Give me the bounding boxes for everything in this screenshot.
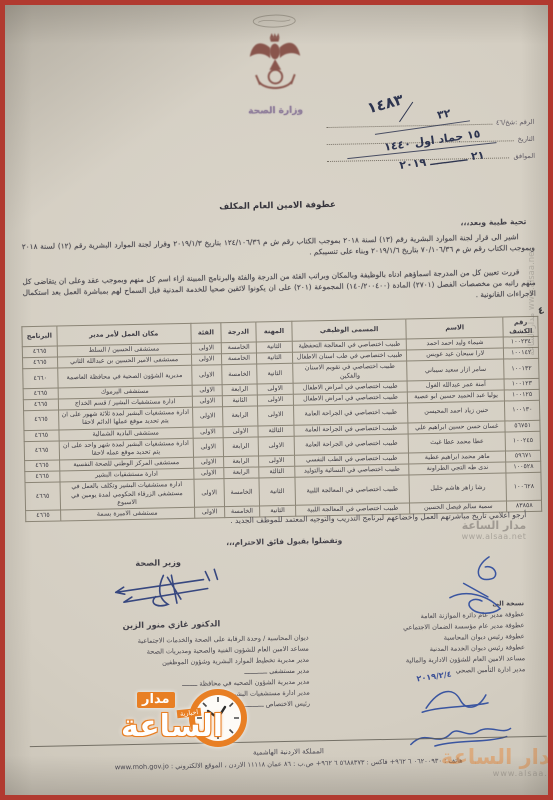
cell-grade: الخامسة — [222, 353, 257, 365]
cell-name: عطا محمد عطا غيث — [408, 432, 506, 453]
cell-workplace: ادارة مستشفيات البشير لمدة ثلاثة شهور عل… — [58, 407, 192, 429]
cell-list-number: ١٠٠١٣٠ — [505, 400, 540, 420]
letterhead: وزارة الصحة — [13, 8, 536, 121]
cell-program: ٤٦٦٥ — [23, 357, 58, 369]
cell-category: الاولى — [192, 407, 223, 427]
cell-grade: الاولى — [223, 425, 258, 437]
cell-workplace: ادارة مستشفيات البشير لمدة شهر واحد على … — [59, 438, 193, 460]
cell-workplace: ادارة مستشفيات البشير وتكلف بالعمل في مس… — [60, 480, 195, 510]
cell-profession: الثالثة — [258, 425, 295, 437]
ref-number-label: الرقم :شخ/٤٦ — [496, 118, 535, 127]
cell-grade: الرابعة — [224, 456, 259, 468]
cell-category: الاولى — [191, 343, 222, 355]
cell-grade: الخامسة — [221, 342, 256, 354]
cell-program: ٤٦٦٥ — [24, 410, 59, 430]
cell-category: الاولى — [193, 426, 224, 438]
cell-profession: الاولى — [258, 455, 295, 467]
cell-program: ٤٦٦٥ — [25, 460, 60, 472]
watermark-brand-large: الساعة — [121, 709, 223, 744]
handwritten-ref-number-sub: ٣٢ — [436, 107, 452, 122]
watermark-brand-text: مدار الساعة — [441, 745, 553, 769]
watermark-brand-text: مدار الساعة — [444, 519, 544, 532]
paragraph-1: اشير الى قرار لجنة الموارد البشرية رقم (… — [22, 232, 535, 264]
cell-grade: الرابعة — [223, 406, 258, 426]
cell-grade: الرابعة — [222, 384, 257, 396]
cell-profession: الاولى — [258, 436, 295, 456]
cell-category: الاولى — [193, 437, 224, 457]
cell-list-number: ١٠٠٦٢٨ — [506, 473, 541, 501]
jordan-coat-of-arms-icon — [244, 30, 305, 95]
cell-grade: الثانية — [222, 395, 257, 407]
col-workplace: مكان العمل لأمر مدير — [56, 323, 190, 346]
cell-program: ٤٦٦٠ — [23, 368, 58, 388]
cell-program: ٤٦٦٥ — [25, 471, 60, 483]
oval-scribble — [250, 13, 298, 30]
news-agency-logo: مدار اخبارية الساعة — [121, 687, 253, 757]
cell-list-number: ٥٦٧٥١ — [505, 420, 540, 432]
cell-name: حنين زياد احمد المحيسن — [407, 401, 505, 422]
cell-profession: الثانية — [256, 364, 293, 384]
greeting-line: تحية طيبة وبعد،،، — [460, 217, 526, 227]
cell-grade: الخامسة — [224, 478, 259, 506]
news-watermark-center: مدار الساعة www.alsaa.net — [444, 519, 544, 541]
cell-list-number: ١٠٠٥٢٨ — [506, 461, 541, 473]
cell-workplace: مديرية الشؤون الصحية في محافظة العاصمة — [57, 366, 191, 388]
minister-name: الدكتور غازي منور الزبن — [96, 618, 246, 631]
cell-list-number: ١٠٠٢٤٥ — [506, 431, 541, 451]
ref-number-row: الرقم :شخ/٤٦ — [322, 118, 534, 130]
col-program: البرنامج — [22, 326, 57, 347]
cell-program: ٤٦٦٥ — [24, 441, 59, 461]
cell-program: ٤٦٦٥ — [25, 482, 60, 510]
cell-grade: الخامسة — [222, 364, 257, 384]
signature-block: وزير الصحة الدكتور غازي منور الزبن — [95, 556, 246, 631]
cell-job-title: طبيب اختصاصي في تقويم الاسنان والفكين — [293, 361, 407, 383]
cell-category: الاولى — [193, 468, 224, 480]
cell-job-title: طبيب اختصاصي في المعالجة اللبية — [295, 475, 409, 505]
ministry-name-stamp: وزارة الصحة — [15, 101, 536, 121]
cc-primary-list: نسخة الى عطوفة مدير عام دائرة الموازنة ا… — [339, 598, 526, 679]
cell-program: ٤٦٦٥ — [23, 399, 58, 411]
watermark-site-text: www.alsaa.net — [441, 769, 553, 778]
cell-name: رشا زاهر هاشم خليل — [409, 473, 507, 502]
paragraph-2: قررت تعيين كل من المدرجة اسماؤهم ادناه ب… — [22, 267, 536, 310]
cell-profession: الاولى — [257, 405, 294, 425]
cell-profession: الاولى — [257, 394, 294, 406]
cell-profession: الثانية — [259, 478, 296, 506]
routing-signature-scribble — [420, 679, 493, 716]
ref-date-label: التاريخ — [518, 135, 535, 143]
cell-category: الاولى — [192, 396, 223, 408]
col-profession: المهنة — [255, 321, 292, 342]
watermark-brand-small: مدار — [137, 692, 175, 708]
scanned-letter-photo: وزارة الصحة الرقم :شخ/٤٦ التاريخ الموافق… — [0, 0, 553, 800]
cell-list-number: ٥٩٦٧١ — [506, 450, 541, 462]
cell-job-title: طبيب اختصاصي في الجراحة العامة — [294, 403, 408, 425]
cell-profession: الثانية — [256, 353, 293, 365]
cell-program: ٤٦٦٥ — [23, 388, 58, 400]
col-category: الفئة — [190, 323, 221, 344]
cell-category: الاولى — [191, 354, 222, 366]
news-watermark-side: مدار الساعة www.alsaa.net — [527, 232, 537, 372]
watermark-site-text: www.alsaa.net — [444, 532, 544, 541]
col-name: الاسم — [406, 317, 504, 339]
cell-profession: الثانية — [256, 341, 293, 353]
cell-job-title: طبيب اختصاصي في الجراحة العامة — [294, 434, 408, 456]
letter-document: وزارة الصحة الرقم :شخ/٤٦ التاريخ الموافق… — [13, 6, 550, 800]
ref-match-label: الموافق — [513, 152, 535, 160]
news-watermark-corner: مدار الساعة www.alsaa.net — [441, 745, 553, 778]
cell-list-number: ١٠٠١٢٥ — [505, 389, 540, 401]
recipient-line: عطوفة الامين العام المكلف — [17, 196, 538, 216]
cell-program: ٤٦٦٥ — [22, 346, 57, 358]
cell-name: سامر ازار سعيد سيباني — [407, 359, 505, 380]
cell-category: الاولى — [191, 365, 222, 385]
cell-profession: الاولى — [257, 383, 294, 395]
cell-program: ٤٦٦٥ — [24, 429, 59, 441]
cell-category: الاولى — [194, 479, 225, 507]
appointments-table: رقم الكشف الاسم المسمى الوظيفي المهنة ال… — [21, 316, 542, 522]
cell-grade: الرابعة — [224, 467, 259, 479]
cell-profession: الثالثة — [258, 466, 295, 478]
cell-category: الاولى — [192, 384, 223, 396]
col-grade: الدرجة — [221, 322, 256, 343]
cell-grade: الرابعة — [223, 437, 258, 457]
col-job-title: المسمى الوظيفي — [292, 319, 406, 341]
minister-signature-scribble — [105, 566, 236, 615]
cell-category: الاولى — [193, 457, 224, 469]
cell-list-number: ١٠٠١٢٣ — [504, 378, 539, 390]
